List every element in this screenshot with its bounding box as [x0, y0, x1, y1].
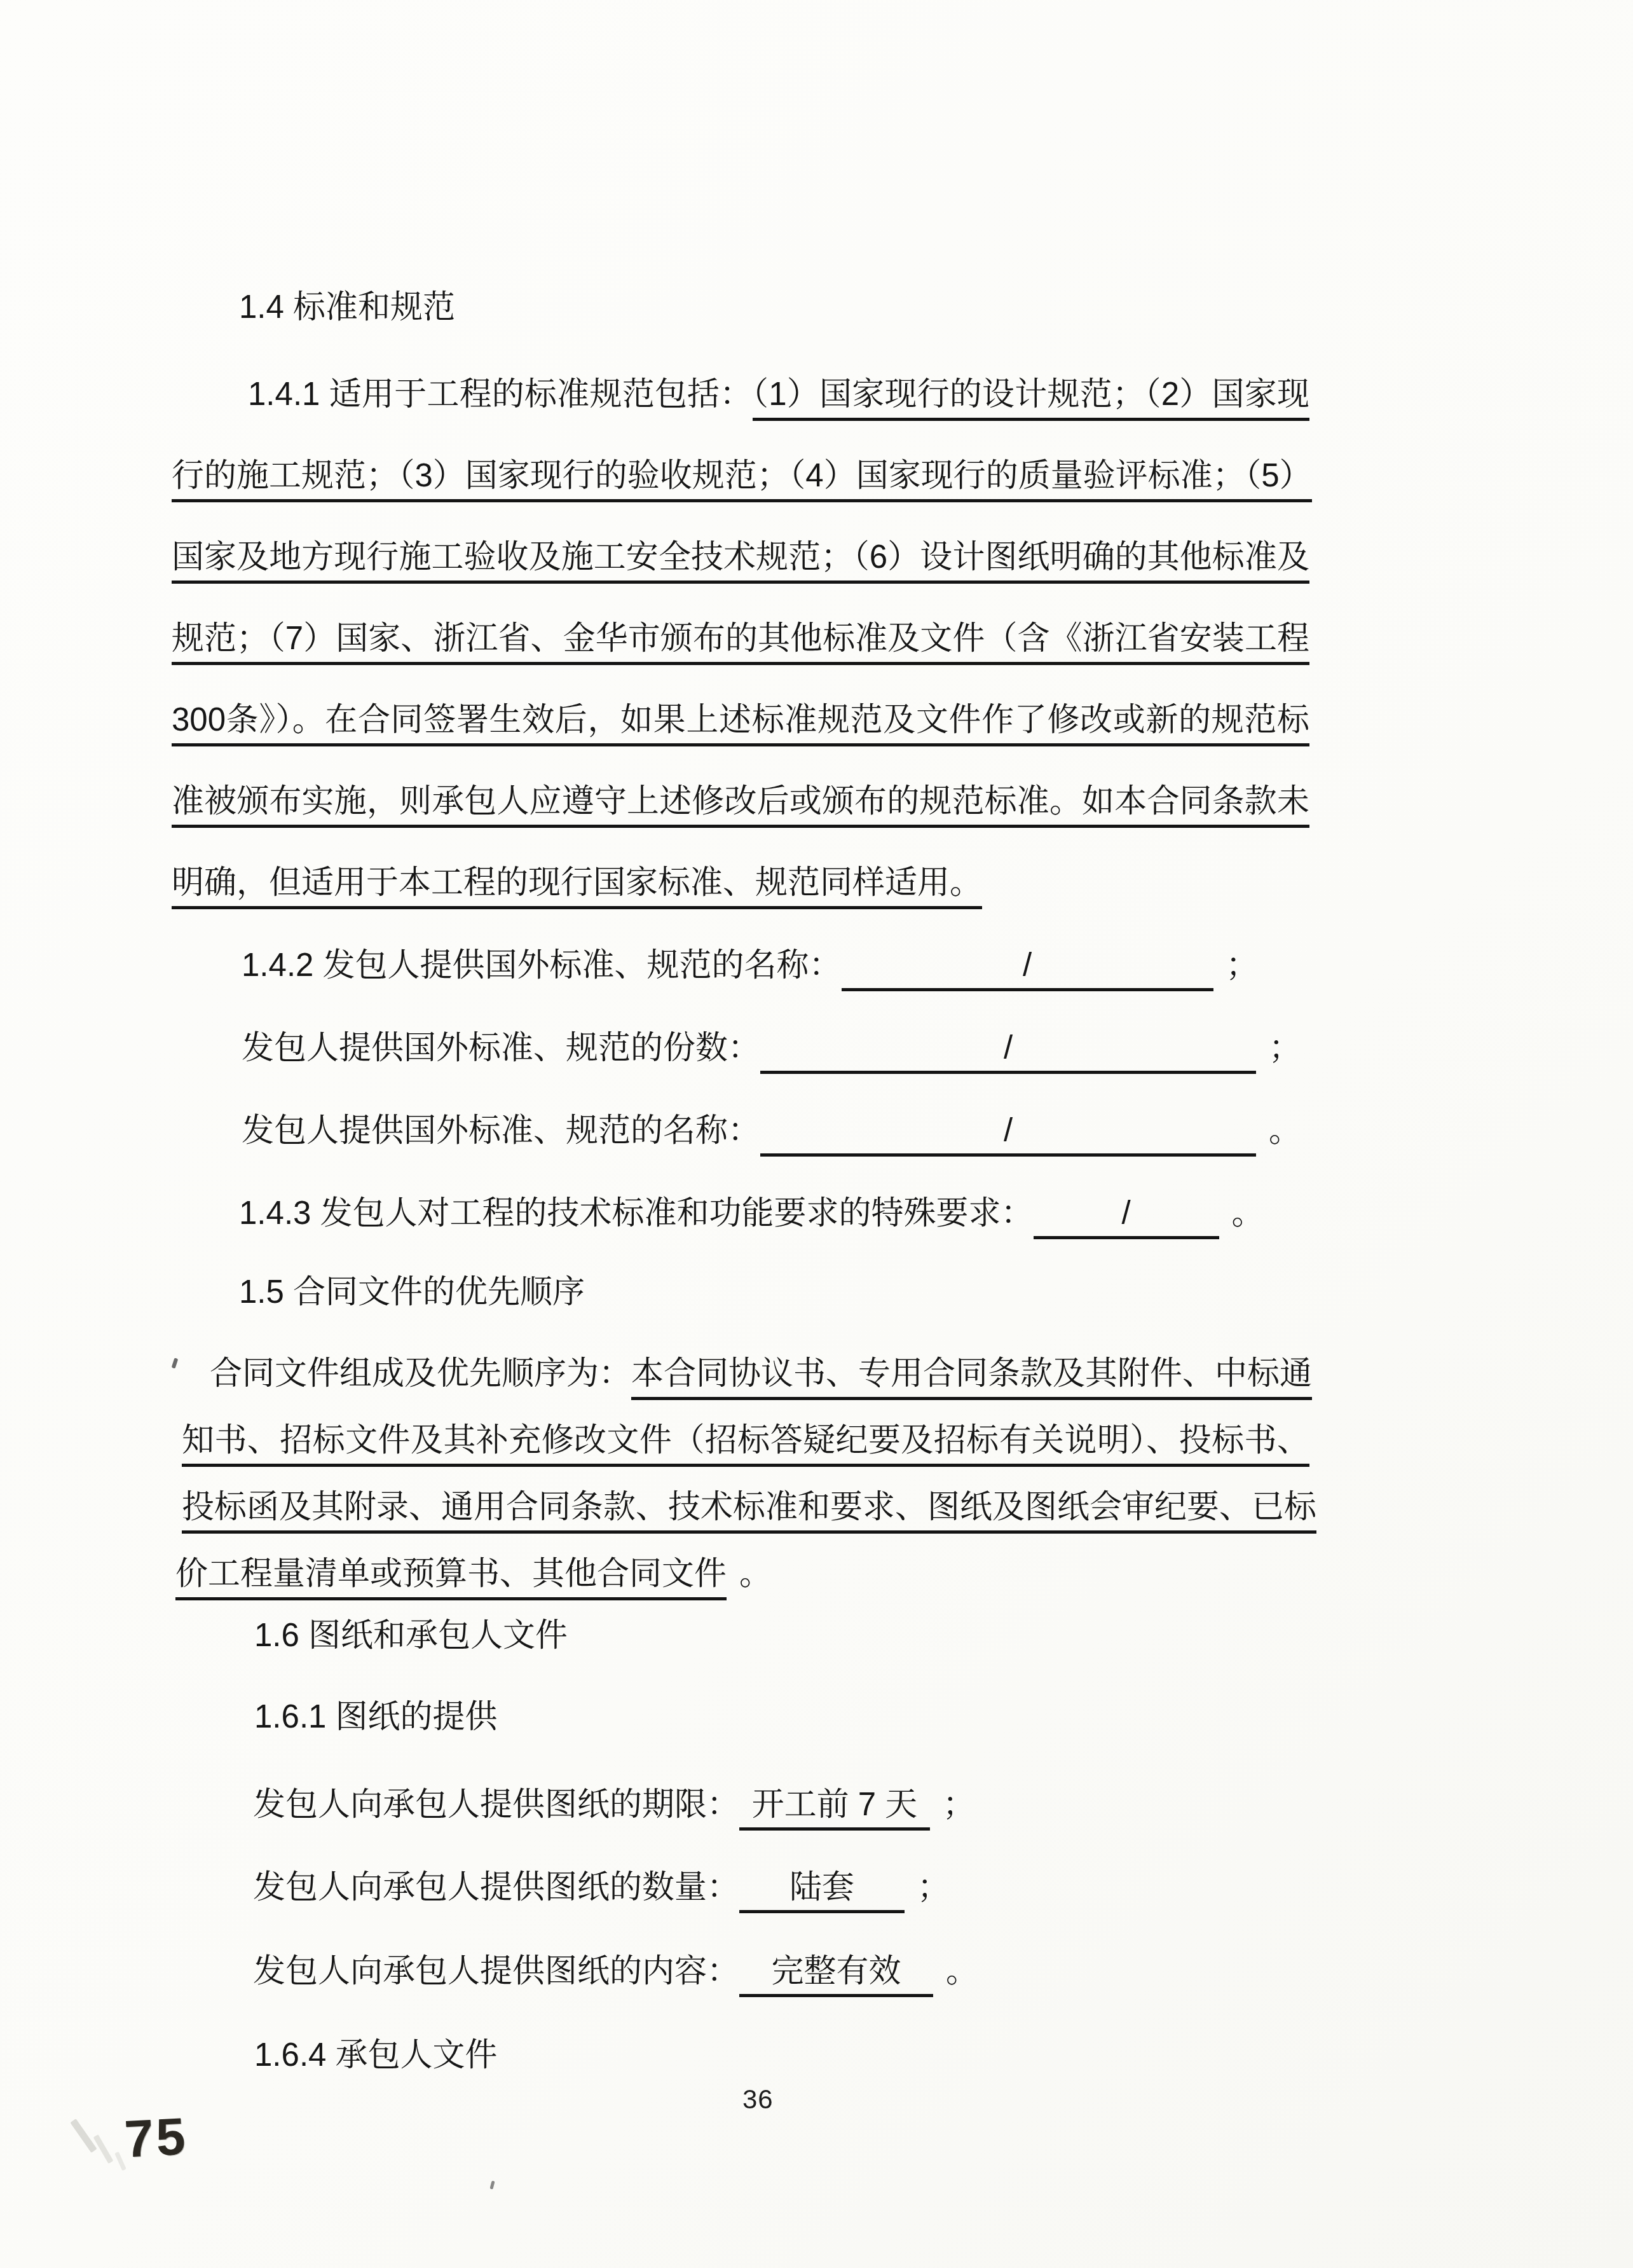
- text-segment: 1.6.1 图纸的提供: [254, 1698, 498, 1735]
- clause-drawing-content: 发包人向承包人提供图纸的内容：完整有效。: [253, 1951, 978, 1991]
- text-segment: 发包人向承包人提供图纸的内容：: [253, 1953, 739, 1989]
- heading-1-6: 1.6 图纸和承包人文件: [254, 1615, 568, 1656]
- text-segment: 合同文件组成及优先顺序为：: [210, 1355, 631, 1391]
- heading-1-6-4: 1.6.4 承包人文件: [254, 2035, 498, 2075]
- contract-page: 1.4 标准和规范1.4.1 适用于工程的标准规范包括：（1）国家现行的设计规范…: [0, 0, 1633, 2268]
- text-segment: 发包人提供国外标准、规范的名称：: [242, 1112, 760, 1148]
- para-1-5-line-4: 价工程量清单或预算书、其他合同文件。: [175, 1553, 772, 1594]
- stray-dot-mark: [489, 2181, 495, 2190]
- text-segment: ；: [917, 1869, 950, 1905]
- underlined-text: 准被颁布实施，则承包人应遵守上述修改后或颁布的规范标准。如本合同条款未: [172, 783, 1309, 828]
- text-segment: 1.4.2 发包人提供国外标准、规范的名称：: [242, 947, 842, 983]
- underlined-text: 明确，但适用于本工程的现行国家标准、规范同样适用。: [172, 864, 982, 909]
- text-segment: ；: [1269, 1029, 1301, 1066]
- para-1-4-1-line-6: 准被颁布实施，则承包人应遵守上述修改后或颁布的规范标准。如本合同条款未: [172, 781, 1309, 821]
- fill-in-blank-value: 完整有效: [739, 1951, 933, 1997]
- fill-in-blank-value: /: [760, 1110, 1256, 1157]
- underlined-text: 行的施工规范；（3）国家现行的验收规范；（4）国家现行的质量验评标准；（5）: [172, 457, 1312, 502]
- text-segment: 1.4.1 适用于工程的标准规范包括：: [248, 376, 753, 412]
- heading-1-4: 1.4 标准和规范: [239, 287, 455, 327]
- clause-1-4-2-name-1: 1.4.2 发包人提供国外标准、规范的名称：/；: [242, 945, 1259, 986]
- text-segment: ；: [943, 1786, 975, 1822]
- para-1-4-1-line-4: 规范；（7）国家、浙江省、金华市颁布的其他标准及文件（含《浙江省安装工程: [172, 618, 1309, 659]
- stamp-smudge-3: [114, 2152, 126, 2171]
- para-1-4-1-line-3: 国家及地方现行施工验收及施工安全技术规范；（6）设计图纸明确的其他标准及: [172, 537, 1309, 577]
- text-segment: 1.6.4 承包人文件: [254, 2037, 498, 2073]
- clause-1-4-2-copies: 发包人提供国外标准、规范的份数：/；: [242, 1027, 1301, 1068]
- para-1-4-1-line-5: 300条》）。在合同签署生效后，如果上述标准规范及文件作了修改或新的规范标: [172, 699, 1309, 740]
- text-segment: 。: [1269, 1112, 1301, 1148]
- heading-1-6-1: 1.6.1 图纸的提供: [254, 1696, 498, 1737]
- underlined-text: 知书、招标文件及其补充修改文件（招标答疑纪要及招标有关说明）、投标书、: [182, 1422, 1309, 1467]
- page-number: 36: [742, 2084, 774, 2115]
- fill-in-blank-value: 陆套: [739, 1867, 905, 1913]
- underlined-text: 本合同协议书、专用合同条款及其附件、中标通: [631, 1355, 1312, 1400]
- text-segment: 1.5 合同文件的优先顺序: [239, 1274, 585, 1310]
- para-1-4-1-line-1: 1.4.1 适用于工程的标准规范包括：（1）国家现行的设计规范；（2）国家现: [248, 374, 1309, 415]
- stamp-smudge-1: [70, 2119, 97, 2153]
- para-1-4-1-line-2: 行的施工规范；（3）国家现行的验收规范；（4）国家现行的质量验评标准；（5）: [172, 455, 1309, 496]
- stray-tick-mark: [172, 1357, 179, 1368]
- text-segment: 1.4.3 发包人对工程的技术标准和功能要求的特殊要求：: [239, 1195, 1034, 1231]
- para-1-5-line-3: 投标函及其附录、通用合同条款、技术标准和要求、图纸及图纸会审纪要、已标: [182, 1487, 1309, 1527]
- heading-1-5: 1.5 合同文件的优先顺序: [239, 1272, 585, 1312]
- fill-in-blank-value: /: [760, 1027, 1256, 1074]
- text-segment: ；: [1226, 947, 1259, 983]
- fill-in-blank-value: /: [1034, 1193, 1219, 1239]
- underlined-text: （1）国家现行的设计规范；（2）国家现: [753, 376, 1309, 421]
- underlined-text: 投标函及其附录、通用合同条款、技术标准和要求、图纸及图纸会审纪要、已标: [182, 1488, 1316, 1534]
- text-segment: 1.6 图纸和承包人文件: [254, 1617, 568, 1653]
- underlined-text: 价工程量清单或预算书、其他合同文件: [175, 1555, 727, 1600]
- clause-1-4-3: 1.4.3 发包人对工程的技术标准和功能要求的特殊要求：/。: [239, 1193, 1264, 1234]
- underlined-text: 国家及地方现行施工验收及施工安全技术规范；（6）设计图纸明确的其他标准及: [172, 539, 1309, 584]
- clause-1-4-2-name-2: 发包人提供国外标准、规范的名称：/。: [242, 1110, 1301, 1151]
- underlined-text: 规范；（7）国家、浙江省、金华市颁布的其他标准及文件（含《浙江省安装工程: [172, 620, 1309, 665]
- text-segment: 。: [1232, 1195, 1264, 1231]
- text-segment: 发包人向承包人提供图纸的期限：: [253, 1786, 739, 1822]
- fill-in-blank-value: /: [842, 945, 1213, 991]
- stamped-folio-number: 75: [123, 2106, 189, 2169]
- para-1-5-line-2: 知书、招标文件及其补充修改文件（招标答疑纪要及招标有关说明）、投标书、: [182, 1420, 1309, 1460]
- text-segment: 。: [946, 1953, 978, 1989]
- text-segment: 发包人向承包人提供图纸的数量：: [253, 1869, 739, 1905]
- para-1-4-1-line-7: 明确，但适用于本工程的现行国家标准、规范同样适用。: [172, 862, 982, 903]
- para-1-5-line-1: 合同文件组成及优先顺序为：本合同协议书、专用合同条款及其附件、中标通: [210, 1353, 1312, 1394]
- underlined-text: 300条》）。在合同签署生效后，如果上述标准规范及文件作了修改或新的规范标: [172, 701, 1309, 746]
- fill-in-blank-value: 开工前 7 天: [739, 1784, 930, 1831]
- clause-drawing-deadline: 发包人向承包人提供图纸的期限：开工前 7 天；: [253, 1784, 975, 1825]
- clause-drawing-quantity: 发包人向承包人提供图纸的数量：陆套；: [253, 1867, 950, 1907]
- text-segment: 。: [739, 1555, 772, 1591]
- text-segment: 发包人提供国外标准、规范的份数：: [242, 1029, 760, 1066]
- text-segment: 1.4 标准和规范: [239, 289, 455, 325]
